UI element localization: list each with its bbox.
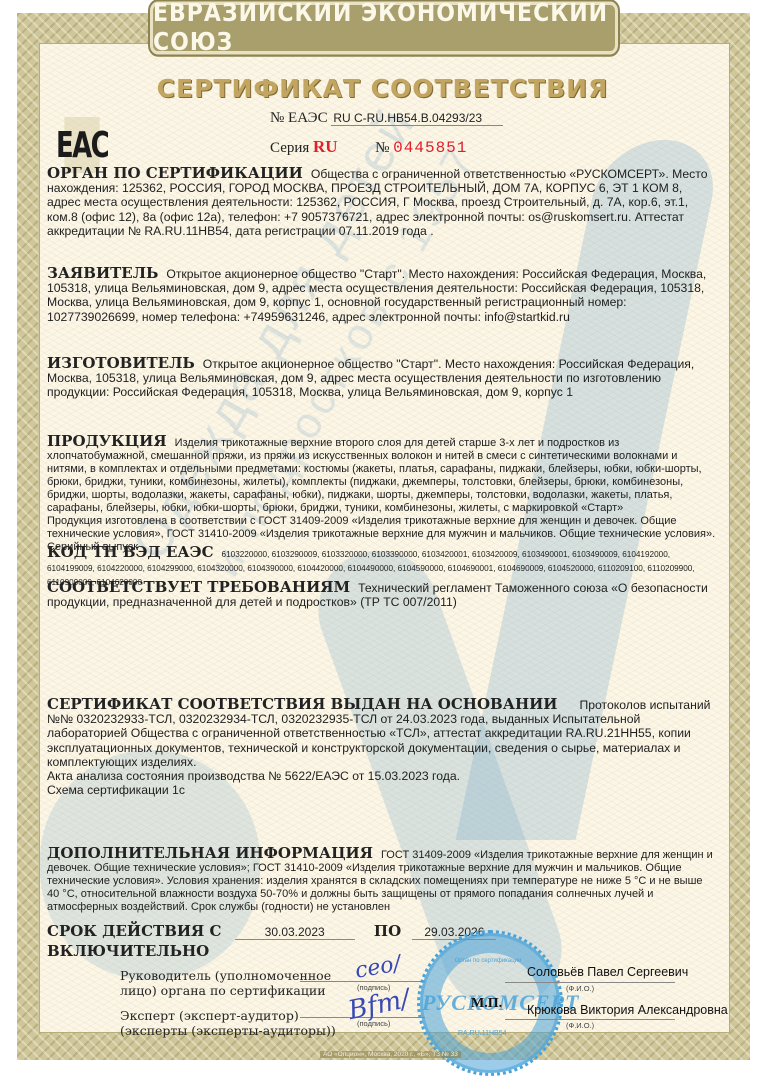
section-heading: ПРОДУКЦИЯ [47,432,167,450]
fio-line [505,982,675,983]
number-label: № ЕАЭС [270,110,328,126]
section-heading: ДОПОЛНИТЕЛЬНАЯ ИНФОРМАЦИЯ [47,844,373,862]
serial-label: № [375,140,389,156]
certificate-series: Серия RU № 0445851 [270,137,467,157]
section-heading: ЗАЯВИТЕЛЬ [47,264,158,282]
section-requirements: СООТВЕТСТВУЕТ ТРЕБОВАНИЯМТехнический рег… [47,580,717,609]
fio-line [505,1019,675,1020]
section-additional: ДОПОЛНИТЕЛЬНАЯ ИНФОРМАЦИЯГОСТ 31409-2009… [47,847,717,914]
section-heading: ОРГАН ПО СЕРТИФИКАЦИИ [47,164,303,182]
head-label: Руководитель (уполномоченное лицо) орган… [120,968,331,998]
validity-from-date: 30.03.2023 [235,925,355,940]
fio-caption: (Ф.И.О.) [566,1021,594,1030]
section-basis: СЕРТИФИКАТ СООТВЕТСТВИЯ ВЫДАН НА ОСНОВАН… [47,697,717,797]
validity-to-label: ПО [374,922,401,940]
fio-caption: (Ф.И.О.) [566,984,594,993]
series-value: RU [313,137,338,156]
validity-from-label: СРОК ДЕЙСТВИЯ С [47,922,221,940]
head-name: Соловьёв Павел Сергеевич [527,965,688,979]
certificate-title: СЕРТИФИКАТ СООТВЕТСТВИЯ [0,74,765,103]
section-text-scheme: Схема сертификации 1с [47,783,717,797]
printer-imprint: АО «Опцион», Москва, 2020 г., «Б», ТЗ № … [320,1051,461,1058]
serial-value: 0445851 [393,139,467,157]
section-certification-body: ОРГАН ПО СЕРТИФИКАЦИИОбщества с ограниче… [47,166,717,238]
stamp-accreditation-text: RA.RU.11HB54 [458,1030,507,1037]
section-heading: ИЗГОТОВИТЕЛЬ [47,354,195,372]
expert-label-line2: (эксперты (эксперты-аудиторы)) [120,1023,336,1038]
section-heading: СЕРТИФИКАТ СООТВЕТСТВИЯ ВЫДАН НА ОСНОВАН… [47,695,557,713]
section-text-audit: Акта анализа состояния производства № 56… [47,769,717,783]
seal-label: М.П. [471,996,502,1012]
section-product: ПРОДУКЦИЯИзделия трикотажные верхние вто… [47,435,717,554]
union-banner: ЕВРАЗИЙСКИЙ ЭКОНОМИЧЕСКИЙ СОЮЗ [150,2,618,55]
expert-name: Крюкова Виктория Александровна [527,1003,728,1017]
certificate-number: № ЕАЭС RU C-RU.HB54.B.04293/23 [270,110,503,127]
expert-label-line1: Эксперт (эксперт-аудитор) [120,1008,336,1023]
section-manufacturer: ИЗГОТОВИТЕЛЬОткрытое акционерное обществ… [47,356,717,400]
validity-inclusive: ВКЛЮЧИТЕЛЬНО [47,942,209,960]
expert-label: Эксперт (эксперт-аудитор) (эксперты (экс… [120,1008,336,1038]
section-applicant: ЗАЯВИТЕЛЬОткрытое акционерное общество "… [47,266,717,324]
section-heading: КОД ТН ВЭД ЕАЭС [47,543,214,561]
head-label-line2: лицо) органа по сертификации [120,983,331,998]
series-label: Серия [270,140,309,156]
number-value: RU C-RU.HB54.B.04293/23 [331,111,503,126]
section-heading: СООТВЕТСТВУЕТ ТРЕБОВАНИЯМ [47,578,350,596]
stamp-org-text: Орган по сертификации [448,958,528,964]
validity-period: СРОК ДЕЙСТВИЯ С 30.03.2023 ПО 29.03.2026 [47,922,496,940]
